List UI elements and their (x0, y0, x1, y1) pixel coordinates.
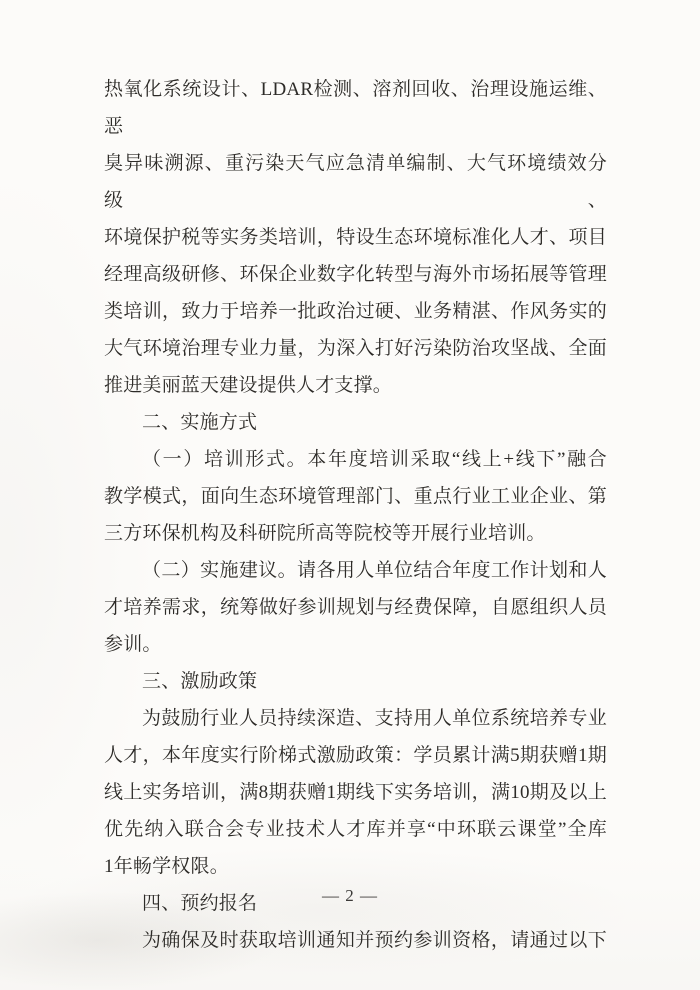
section-heading: 二、实施方式 (104, 404, 607, 441)
paragraph-line: 1年畅学权限。 (104, 848, 607, 885)
paragraph-line: 推进美丽蓝天建设提供人才支撑。 (104, 367, 607, 404)
paragraph-line: 类培训，致力于培养一批政治过硬、业务精湛、作风务实的 (104, 293, 607, 330)
paragraph-line: （一）培训形式。本年度培训采取“线上+线下”融合 (104, 441, 607, 478)
paragraph-line: 三方环保机构及科研院所高等院校等开展行业培训。 (104, 515, 607, 552)
paragraph-line: 大气环境治理专业力量，为深入打好污染防治攻坚战、全面 (104, 330, 607, 367)
scanned-document-page: 热氧化系统设计、LDAR检测、溶剂回收、治理设施运维、恶 臭异味溯源、重污染天气… (0, 0, 700, 990)
paragraph-line: 人才，本年度实行阶梯式激励政策：学员累计满5期获赠1期 (104, 737, 607, 774)
paragraph-line: 才培养需求，统筹做好参训规划与经费保障，自愿组织人员 (104, 589, 607, 626)
paragraph-line: 优先纳入联合会专业技术人才库并享“中环联云课堂”全库 (104, 811, 607, 848)
paragraph-line: 为鼓励行业人员持续深造、支持用人单位系统培养专业 (104, 700, 607, 737)
paragraph-line: （二）实施建议。请各用人单位结合年度工作计划和人 (104, 552, 607, 589)
paragraph-line: 经理高级研修、环保企业数字化转型与海外市场拓展等管理 (104, 256, 607, 293)
document-body: 热氧化系统设计、LDAR检测、溶剂回收、治理设施运维、恶 臭异味溯源、重污染天气… (104, 71, 607, 959)
paragraph-line: 热氧化系统设计、LDAR检测、溶剂回收、治理设施运维、恶 (104, 71, 607, 145)
section-heading: 三、激励政策 (104, 663, 607, 700)
paragraph-line: 线上实务培训，满8期获赠1期线下实务培训，满10期及以上 (104, 774, 607, 811)
paragraph-line: 环境保护税等实务类培训，特设生态环境标准化人才、项目 (104, 219, 607, 256)
paragraph-line: 教学模式，面向生态环境管理部门、重点行业工业企业、第 (104, 478, 607, 515)
paragraph-line: 为确保及时获取培训通知并预约参训资格，请通过以下 (104, 922, 607, 959)
paragraph-line: 参训。 (104, 626, 607, 663)
page-number: — 2 — (0, 884, 700, 908)
paragraph-line: 臭异味溯源、重污染天气应急清单编制、大气环境绩效分级、 (104, 145, 607, 219)
